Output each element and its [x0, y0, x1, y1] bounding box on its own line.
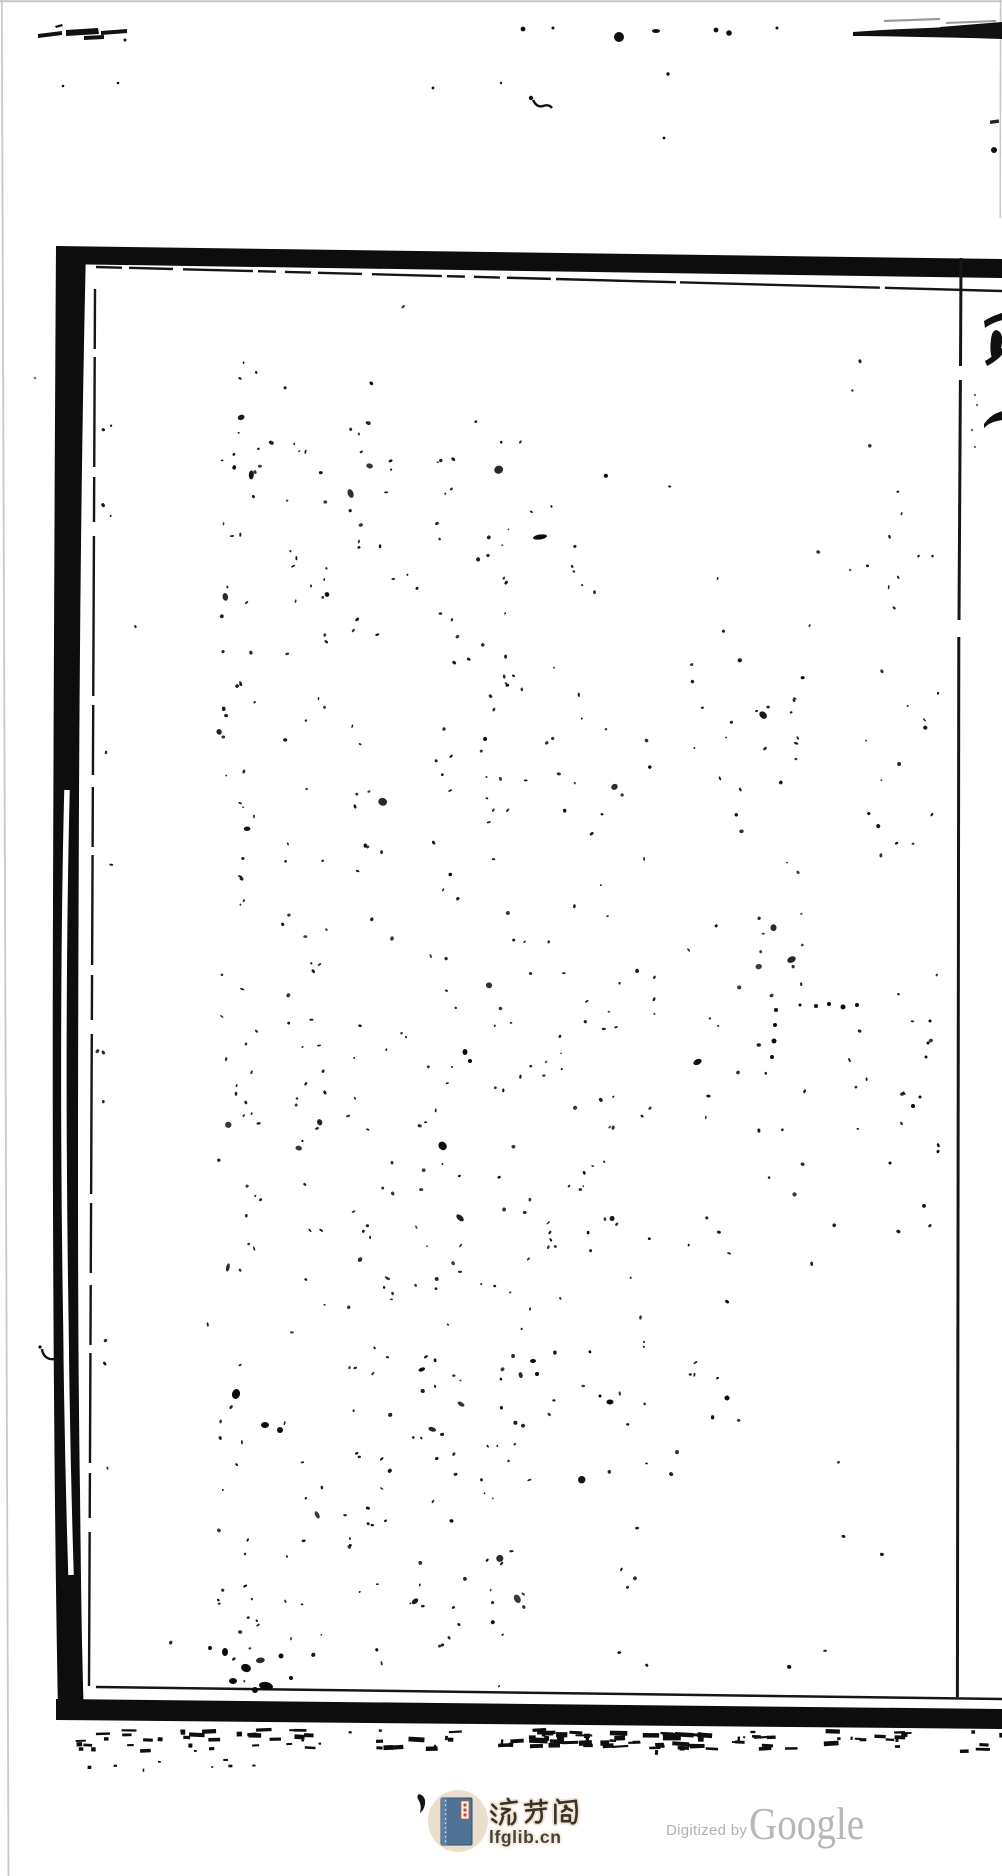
- scanned-page: lfglib.cn Digitized by Google: [0, 0, 1002, 1876]
- lfglib-logo-title: [489, 1797, 581, 1828]
- ink-speck-field: [95, 304, 940, 1687]
- lfglib-url-label: lfglib.cn: [489, 1827, 561, 1848]
- border-bottom-bar: [56, 1699, 1002, 1729]
- stroke-character-glyph: [983, 407, 1002, 431]
- scan-edge-lines: [0, 0, 1002, 1876]
- lfglib-logo: [428, 1790, 488, 1852]
- top-margin-smudges: [34, 19, 1002, 379]
- book-icon: [428, 1790, 488, 1852]
- digitized-by-label: Digitized by: [666, 1822, 747, 1839]
- outer-border: [53, 246, 1002, 1729]
- margin-partial-character: [983, 305, 1002, 367]
- page-frame-and-artifacts: [0, 0, 1002, 1876]
- google-logo: Google: [749, 1801, 864, 1847]
- border-top-bar: [56, 246, 1002, 278]
- bottom-speckle-band: [76, 1728, 1002, 1772]
- partial-character-glyph: [983, 305, 1002, 367]
- inner-border-lines: [89, 258, 1002, 1699]
- margin-stroke-character: [983, 407, 1002, 431]
- ink-blotches: [38, 394, 978, 1693]
